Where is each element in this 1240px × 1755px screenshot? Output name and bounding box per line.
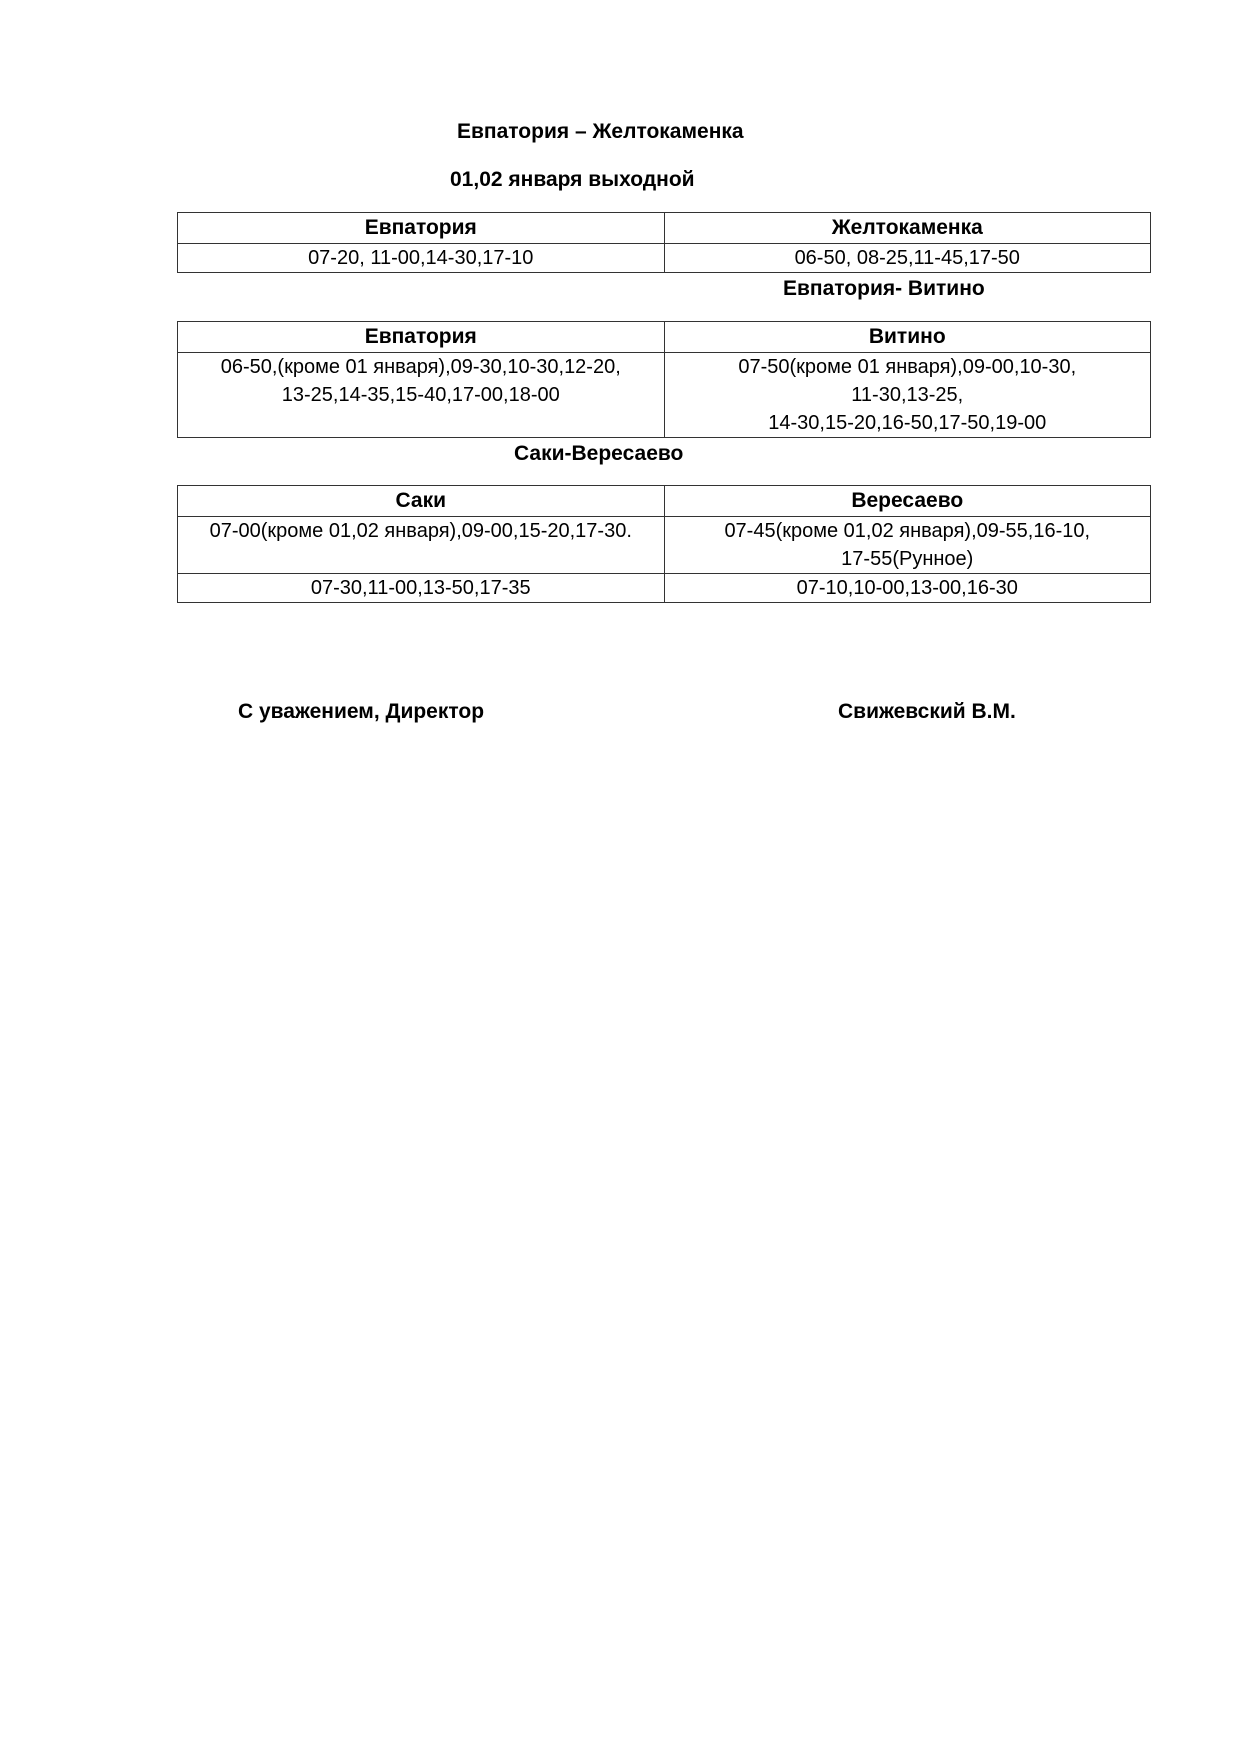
holiday-note: 01,02 января выходной bbox=[450, 168, 695, 192]
table-row: 06-50,(кроме 01 января),09-30,10-30,12-2… bbox=[178, 353, 1151, 438]
times-cell: 07-20, 11-00,14-30,17-10 bbox=[178, 244, 665, 273]
schedule-table-saki-veresaevo: Саки Вересаево 07-00(кроме 01,02 января)… bbox=[177, 485, 1151, 603]
column-header: Евпатория bbox=[178, 213, 665, 244]
times-cell: 06-50,(кроме 01 января),09-30,10-30,12-2… bbox=[178, 353, 665, 438]
signature-closing: С уважением, Директор bbox=[238, 700, 484, 724]
table-row: 07-00(кроме 01,02 января),09-00,15-20,17… bbox=[178, 517, 1151, 574]
times-cell: 07-30,11-00,13-50,17-35 bbox=[178, 574, 665, 603]
times-cell: 07-00(кроме 01,02 января),09-00,15-20,17… bbox=[178, 517, 665, 574]
column-header: Витино bbox=[664, 322, 1151, 353]
signature-name: Свижевский В.М. bbox=[838, 700, 1016, 724]
column-header: Вересаево bbox=[664, 486, 1151, 517]
schedule-table-evpatoria-vitino: Евпатория Витино 06-50,(кроме 01 января)… bbox=[177, 321, 1151, 438]
section-heading-saki-veresaevo: Саки-Вересаево bbox=[514, 442, 683, 466]
table-row: 07-20, 11-00,14-30,17-10 06-50, 08-25,11… bbox=[178, 244, 1151, 273]
times-cell: 07-10,10-00,13-00,16-30 bbox=[664, 574, 1151, 603]
schedule-table-evpatoria-zheltokamenka: Евпатория Желтокаменка 07-20, 11-00,14-3… bbox=[177, 212, 1151, 273]
table-row: 07-30,11-00,13-50,17-35 07-10,10-00,13-0… bbox=[178, 574, 1151, 603]
document-title: Евпатория – Желтокаменка bbox=[457, 120, 744, 144]
column-header: Евпатория bbox=[178, 322, 665, 353]
times-cell: 07-45(кроме 01,02 января),09-55,16-10, 1… bbox=[664, 517, 1151, 574]
section-heading-evpatoria-vitino: Евпатория- Витино bbox=[783, 277, 985, 301]
times-cell: 06-50, 08-25,11-45,17-50 bbox=[664, 244, 1151, 273]
times-cell: 07-50(кроме 01 января),09-00,10-30, 11-3… bbox=[664, 353, 1151, 438]
column-header: Желтокаменка bbox=[664, 213, 1151, 244]
column-header: Саки bbox=[178, 486, 665, 517]
